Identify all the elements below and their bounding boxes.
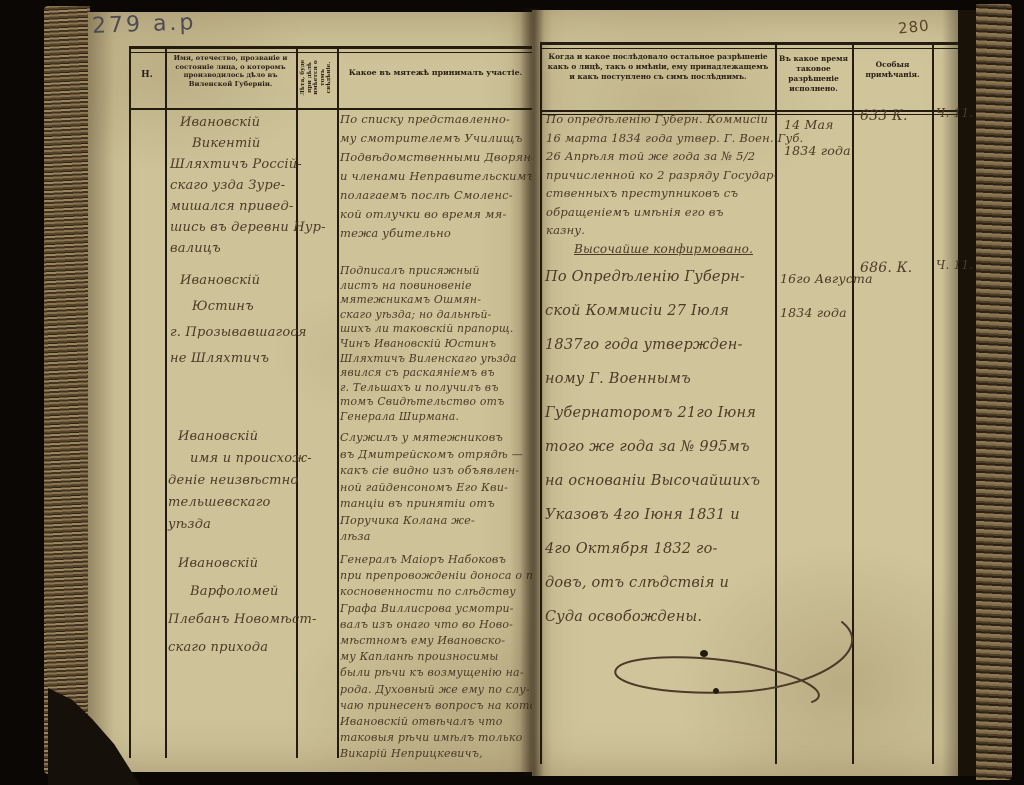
header-time: Въ какое время таковое разрѣшеніе исполн… — [778, 54, 849, 94]
header-resolution: Когда и какое послѣдовало остальное разр… — [546, 52, 770, 82]
right-cover-edge — [958, 10, 976, 776]
entry4-participation: Генералъ Маіоръ Набоковъпри препровожден… — [340, 552, 530, 763]
archival-ledger-spread: Н. Имя, отечество, прозваніе и состояніе… — [0, 0, 1024, 785]
row1-resolution: По опредѣленію Губерн. Коммисіи16 марта … — [546, 110, 774, 240]
row2-note: 686. К. — [860, 260, 912, 276]
right-page: Когда и какое послѣдовало остальное разр… — [532, 10, 976, 776]
row1-margin-note: Ч. 11. — [936, 106, 973, 120]
header-name: Имя, отечество, прозваніе и состояніе ли… — [168, 54, 293, 88]
header-age: Лѣта, буде при дѣлѣ имѣется о томъ свѣдѣ… — [296, 48, 337, 106]
ink-blot-1 — [700, 650, 708, 657]
right-table-top-rule — [540, 42, 958, 45]
row1-time: 14 Мая1834 года — [784, 112, 850, 164]
left-col-rule-3 — [337, 46, 339, 758]
ink-blot-2 — [713, 688, 719, 694]
right-col-rule-3 — [932, 42, 934, 764]
header-participation: Какое въ мятежѣ принималъ участіе. — [343, 68, 528, 78]
header-age-text: Лѣта, буде при дѣлѣ имѣется о томъ свѣдѣ… — [300, 57, 333, 98]
right-table-top-rule-2 — [540, 48, 958, 49]
entry2-participation: Подписалъ присяжныйлистъ на повиновеніем… — [340, 264, 530, 425]
entry2-name: ИвановскійЮстинъг. Прозывавшагосяне Шлях… — [170, 268, 294, 372]
entry3-name: Ивановскійимя и происхож-деніе неизвѣстн… — [168, 426, 294, 536]
folio-number-right: 280 — [897, 16, 930, 37]
row1-resolution-confirmation: Высочайше конфирмовано. — [574, 242, 753, 256]
row1-note: 633 К. — [860, 108, 908, 124]
row2-margin-note: Ч. 11. — [936, 258, 973, 272]
entry1-participation: По списку представленно-му смотрителемъ … — [340, 110, 530, 243]
folio-number-left: 279 а.р — [92, 10, 197, 39]
book-page-edges-right — [976, 4, 1012, 780]
book-gutter-shadow — [520, 8, 544, 776]
left-col-rule-2 — [296, 46, 298, 758]
entry3-participation: Служилъ у мятежниковъвъ Дмитрейскомъ отр… — [340, 430, 530, 546]
header-notes: Особыя примѣчанія. — [856, 60, 929, 80]
left-page: Н. Имя, отечество, прозваніе и состояніе… — [88, 12, 532, 772]
closing-flourish — [587, 610, 877, 710]
header-num: Н. — [129, 70, 165, 80]
left-table-border-left — [129, 46, 131, 758]
row2-resolution: По Опредѣленію Губерн-ской Коммисіи 27 І… — [545, 260, 773, 634]
entry1-name: ИвановскійВикентійШляхтичъ Россій-скаго … — [170, 112, 294, 259]
left-col-rule-1 — [165, 46, 167, 758]
row2-time: 16го Августа1834 года — [780, 262, 850, 330]
entry4-name: ИвановскійВарфоломейПлебанъ Новомѣст-ска… — [168, 550, 294, 662]
book-page-edges-left — [44, 6, 90, 774]
